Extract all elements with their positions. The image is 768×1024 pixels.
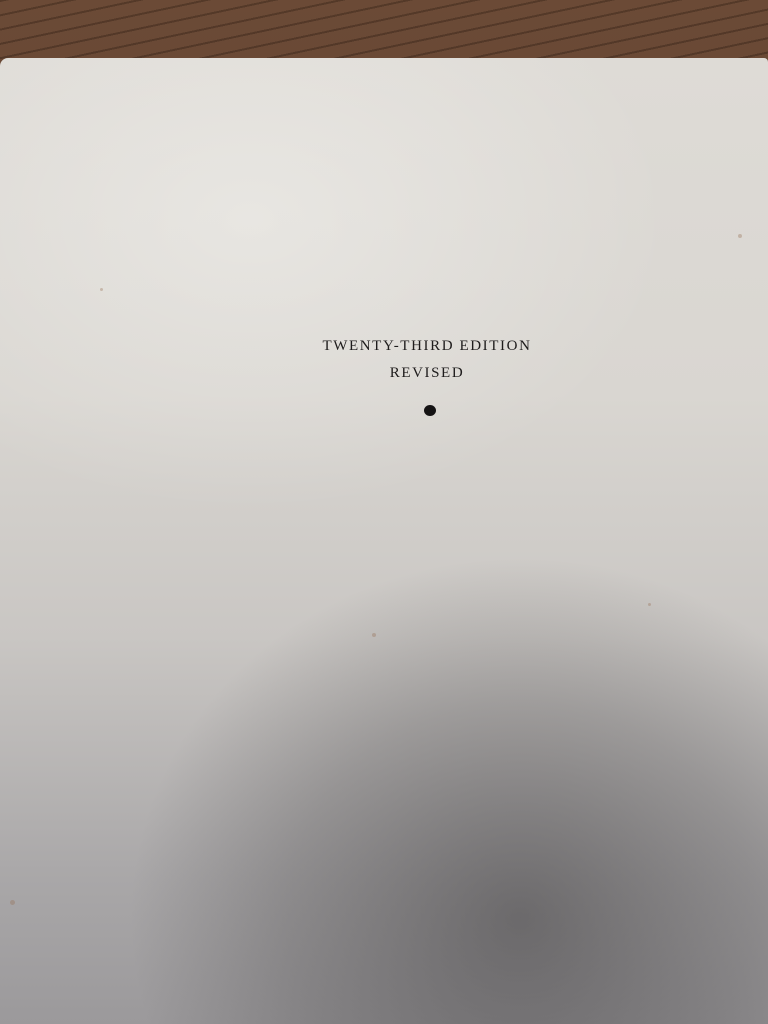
paper-speck [372,633,376,637]
paper-speck [738,234,742,238]
edition-heading: TWENTY-THIRD EDITION [275,338,579,355]
revised-subheading: REVISED [275,365,579,382]
paper-speck [648,603,651,606]
ornament-dot-icon [424,405,436,416]
paper-speck [10,900,15,905]
book-page [0,58,768,1024]
paper-speck [100,288,103,291]
